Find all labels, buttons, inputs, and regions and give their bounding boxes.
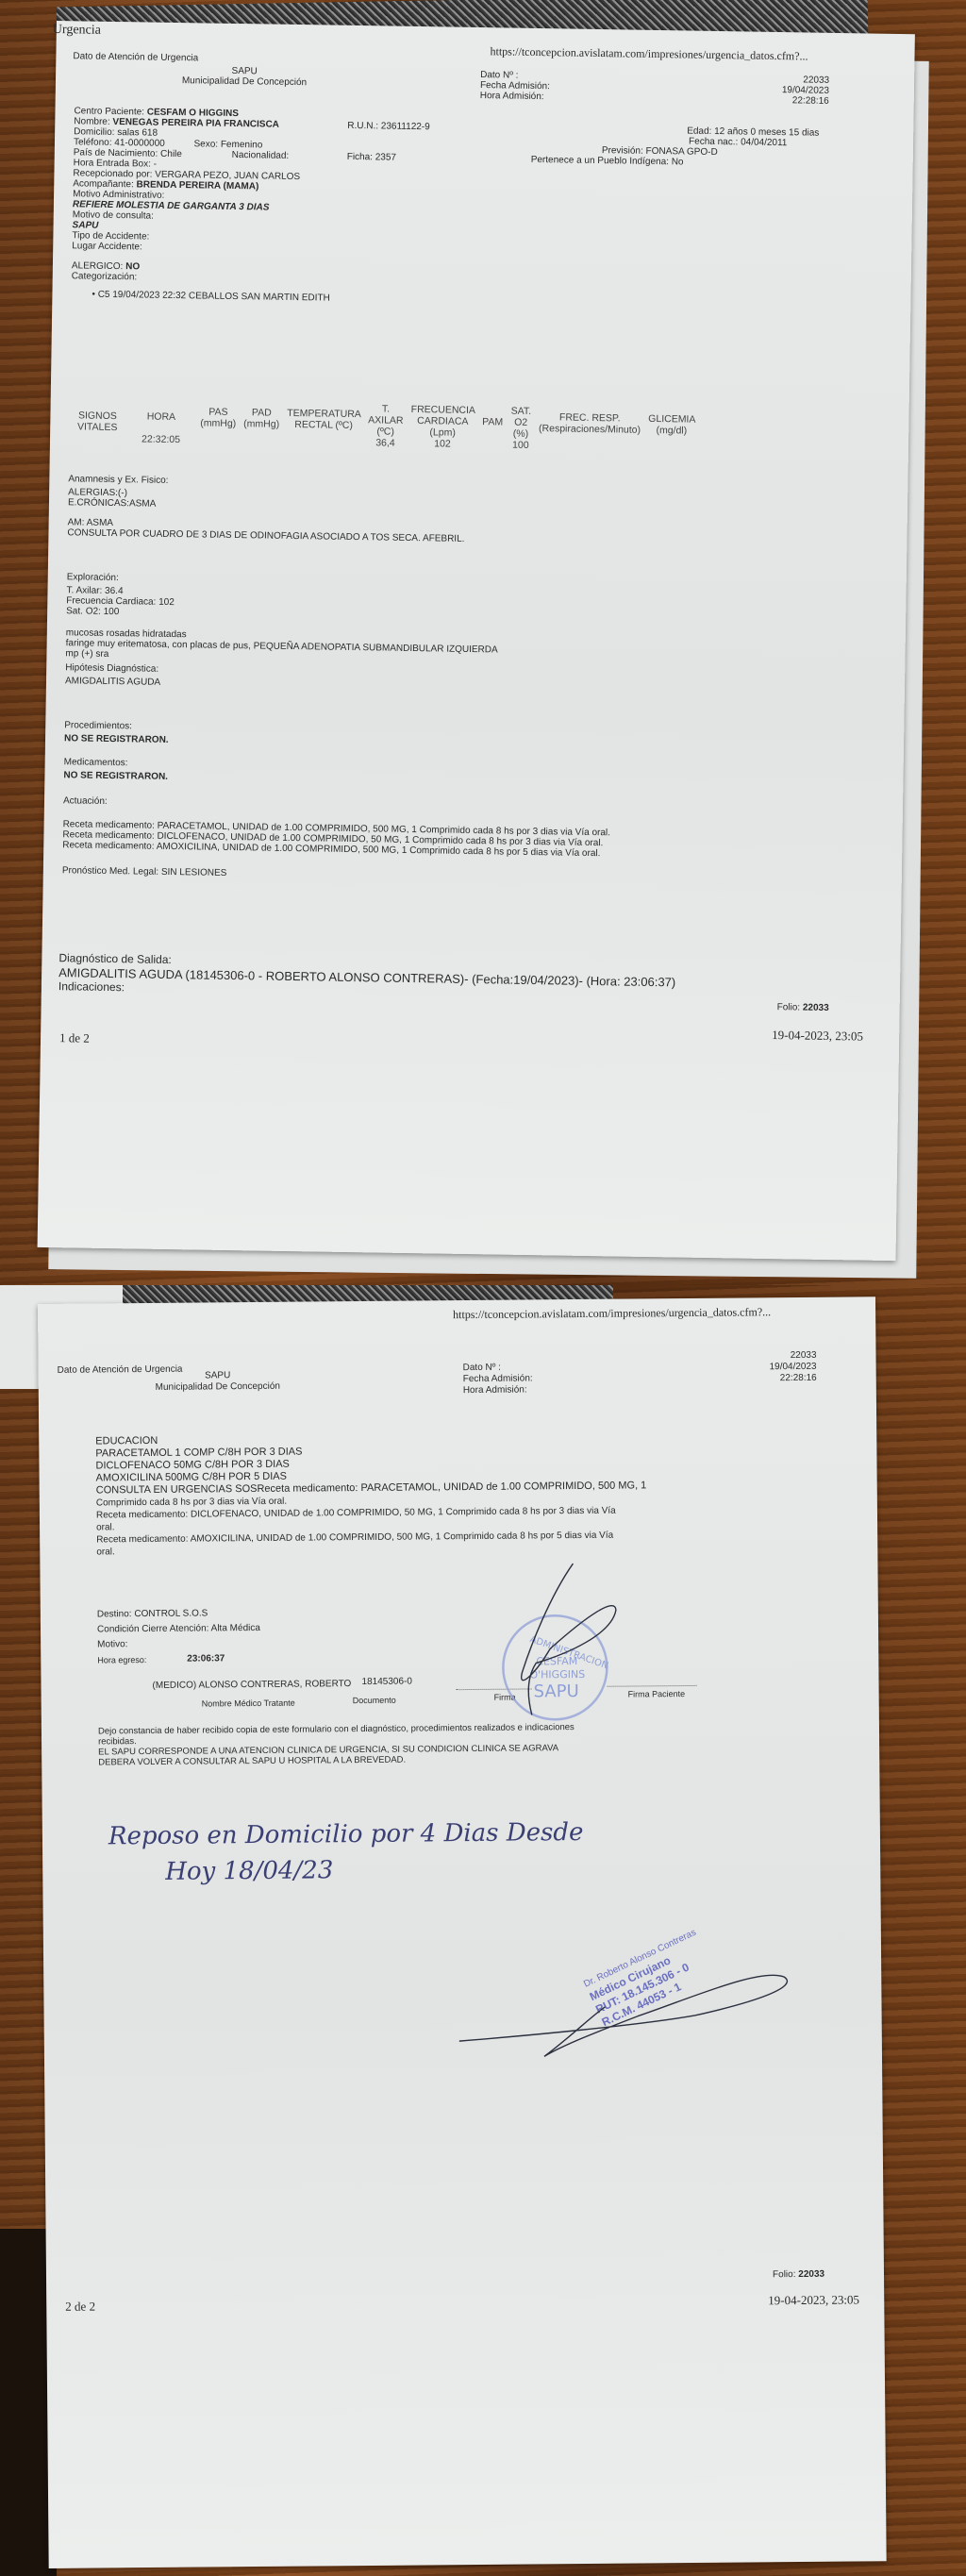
documento-caption: Documento — [353, 1696, 396, 1705]
destino-value: CONTROL S.O.S — [134, 1608, 208, 1619]
patient-block: Centro Paciente: CESFAM O HIGGINS Nombre… — [71, 106, 333, 303]
prevision-label: Previsión: — [602, 145, 643, 157]
actuacion-label: Actuación: — [63, 795, 611, 814]
vitals-cell — [535, 440, 644, 453]
ficha-field: Ficha: 2357 — [347, 152, 396, 163]
vitals-cell — [644, 442, 699, 454]
fecha-nac-label: Fecha nac.: — [689, 137, 738, 148]
vitals-col-pad: PAD (mmHg) — [240, 401, 283, 436]
folio: Folio: 22033 — [773, 2269, 824, 2280]
vitals-col-hora: HORA — [125, 399, 197, 434]
indigena-label: Pertenece a un Pueblo Indígena: — [531, 155, 669, 167]
ficha-label: Ficha: — [347, 152, 373, 162]
condicion-label: Condición Cierre Atención: — [97, 1623, 208, 1634]
handwritten-note-line-2: Hoy 18/04/23 — [165, 1856, 333, 1886]
categorizacion-text: C5 19/04/2023 22:32 CEBALLOS SAN MARTIN … — [98, 290, 330, 304]
vitals-col-frec-cardiaca: FRECUENCIA CARDIACA (Lpm) — [407, 404, 478, 439]
indigena-value: No — [672, 157, 684, 167]
hora-admision-label: Hora Admisión: — [480, 91, 544, 102]
svg-text:SAPU: SAPU — [534, 1681, 579, 1701]
document-page-2: https://tconcepcion.avislatam.com/impres… — [38, 1296, 887, 2568]
ficha-value: 2357 — [375, 152, 396, 162]
vitals-col-temp-rectal: TEMPERATURA RECTAL (ºC) — [283, 402, 365, 437]
document-page-1: Urgencia https://tconcepcion.avislatam.c… — [38, 21, 915, 1261]
folio-value: 22033 — [803, 1003, 829, 1013]
form-title: Dato de Atención de Urgencia — [73, 51, 198, 63]
diagnostico-salida-section: Diagnóstico de Salida: AMIGDALITIS AGUDA… — [58, 951, 676, 1003]
vitals-col-pam: PAM — [478, 405, 508, 439]
vitals-col-sat-o2: SAT. O2 (%) — [507, 406, 536, 440]
page-header-title: Urgencia — [53, 23, 101, 39]
medico-documento: 18145306-0 — [361, 1677, 411, 1687]
printed-at: 19-04-2023, 23:05 — [772, 1028, 863, 1045]
categorizacion-item: • C5 19/04/2023 22:32 CEBALLOS SAN MARTI… — [92, 290, 329, 304]
hora-box-value: - — [154, 159, 158, 170]
vitals-cell: 100 — [507, 440, 535, 451]
medico-caption: Nombre Médico Tratante — [202, 1698, 295, 1709]
vitals-cell — [196, 434, 240, 446]
vitals-cell: 36,4 — [364, 437, 408, 449]
fecha-nac-value: 04/04/2011 — [741, 137, 787, 148]
hora-egreso-label: Hora egreso: — [97, 1655, 146, 1664]
vitals-col-frec-resp: FREC. RESP. (Respiraciones/Minuto) — [535, 406, 645, 442]
sexo-label: Sexo: — [193, 139, 218, 149]
folio-label: Folio: — [777, 1002, 801, 1012]
vitals-cell — [283, 436, 364, 448]
pronostico-value: SIN LESIONES — [161, 867, 227, 878]
vitals-cell — [240, 435, 283, 447]
medico-nombre: (MEDICO) ALONSO CONTRERAS, ROBERTO — [152, 1679, 351, 1691]
page-number: 2 de 2 — [65, 2300, 95, 2315]
telefono-label: Teléfono: — [74, 137, 112, 148]
vitals-cell: 22:32:05 — [125, 433, 196, 445]
cierre-section: Destino: CONTROL S.O.S Condición Cierre … — [97, 1606, 260, 1653]
fecha-admision-label: Fecha Admisión: — [463, 1373, 533, 1384]
page-url: https://tconcepcion.avislatam.com/impres… — [453, 1305, 771, 1322]
vitals-table: SIGNOS VITALES HORA PAS (mmHg) PAD (mmHg… — [69, 398, 699, 453]
hora-admision-label: Hora Admisión: — [463, 1384, 527, 1396]
destino-label: Destino: — [97, 1609, 132, 1619]
folio: Folio: 22033 — [777, 1002, 829, 1013]
folio-label: Folio: — [773, 2269, 796, 2280]
vitals-row-label: SIGNOS VITALES — [69, 398, 126, 444]
dato-value: 22033 — [698, 1350, 816, 1362]
pronostico-label: Pronóstico Med. Legal: — [62, 865, 158, 878]
alergico-value: NO — [125, 261, 140, 272]
fecha-admision-value: 19/04/2023 — [699, 1362, 817, 1373]
folio-value: 22033 — [798, 2269, 824, 2280]
alergico-label: ALERGICO: — [72, 260, 124, 272]
sexo-value: Femenino — [221, 140, 263, 151]
indigena-field: Pertenece a un Pueblo Indígena: No — [531, 155, 684, 168]
org-name: SAPU — [124, 1369, 312, 1381]
run-value: 23611122-9 — [381, 121, 430, 132]
edad-label: Edad: — [687, 126, 711, 137]
vitals-col-pas: PAS (mmHg) — [196, 400, 240, 435]
indicaciones-text: EDUCACION PARACETAMOL 1 COMP C/8H POR 3 … — [95, 1430, 647, 1558]
hora-admision-value: 22:28:16 — [716, 94, 829, 107]
org-sub: Municipalidad De Concepción — [150, 75, 339, 89]
doctor-signature-icon — [449, 1949, 808, 2065]
hora-admision-value: 22:28:16 — [699, 1373, 817, 1384]
condicion-value: Alta Médica — [211, 1623, 260, 1633]
run-label: R.U.N.: — [347, 121, 378, 132]
vitals-col-glicemia: GLICEMIA (mg/dl) — [644, 408, 699, 443]
nacionalidad-label: Nacionalidad: — [232, 150, 290, 161]
round-stamp-icon: ADMINISTRACION CESFAM O'HIGGINS SAPU — [483, 1558, 655, 1730]
dato-label: Dato Nº : — [463, 1363, 501, 1373]
handwritten-note-line-1: Reposo en Domicilio por 4 Dias Desde — [108, 1818, 584, 1850]
pais-value: Chile — [160, 149, 182, 159]
vitals-cell: 102 — [407, 438, 478, 450]
motivo-label: Motivo: — [97, 1636, 260, 1653]
page-number: 1 de 2 — [59, 1030, 90, 1045]
svg-text:O'HIGGINS: O'HIGGINS — [529, 1668, 585, 1681]
page-url: https://tconcepcion.avislatam.com/impres… — [490, 44, 808, 63]
vitals-cell — [478, 439, 507, 450]
nombre-label: Nombre: — [74, 116, 110, 127]
hora-egreso-value: 23:06:37 — [187, 1653, 225, 1664]
domicilio-value: salas 618 — [117, 127, 158, 139]
vitals-col-t-axilar: T. AXILAR (ºC) — [364, 403, 408, 438]
anamnesis-section: Anamnesis y Ex. Fisico: ALERGIAS:(-) E.C… — [62, 474, 616, 884]
printed-at: 19-04-2023, 23:05 — [768, 2292, 859, 2308]
dato-label: Dato Nº : — [480, 70, 519, 81]
telefono-value: 41-0000000 — [114, 138, 165, 149]
org-sub: Municipalidad De Concepción — [124, 1380, 312, 1393]
run-field: R.U.N.: 23611122-9 — [347, 121, 430, 132]
domicilio-label: Domicilio: — [74, 126, 115, 138]
